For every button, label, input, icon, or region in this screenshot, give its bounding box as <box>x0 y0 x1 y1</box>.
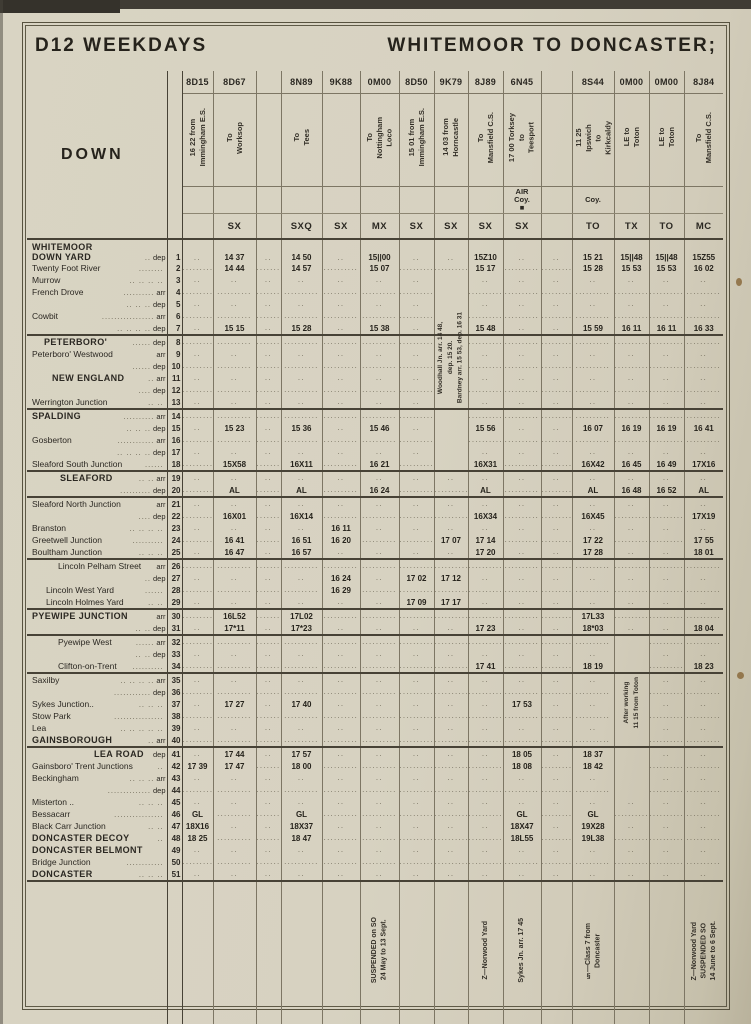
time-cell: 16 07 <box>572 422 614 434</box>
no-call-cell: .......... <box>360 832 399 844</box>
time-cell: 16 47 <box>213 546 256 559</box>
arr-dep-label: dep <box>153 300 167 309</box>
running-days-cell: SX <box>468 214 503 240</box>
no-call-cell: .......... <box>684 335 723 348</box>
time-cell: 15 36 <box>281 422 322 434</box>
no-call-cell: .......... <box>256 808 281 820</box>
leader-dots: .. .. <box>107 398 165 407</box>
no-call-cell: .. <box>281 772 322 784</box>
no-call-cell: .......... <box>213 784 256 796</box>
no-call-cell: .. <box>614 820 649 832</box>
no-call-cell: .. <box>614 497 649 510</box>
no-call-cell: .......... <box>399 484 434 497</box>
no-call-cell: .. <box>182 546 213 559</box>
station-cell: ..........dep <box>27 484 167 497</box>
time-cell: 15 59 <box>572 322 614 335</box>
no-call-cell: .. <box>360 796 399 808</box>
no-call-cell: .......... <box>399 760 434 772</box>
train-destination-label: To Mansfield C.S. <box>476 112 496 163</box>
station-cell: Sykes Junction.... .. .. <box>27 698 167 710</box>
station-cell: Gainsboro' Trent Junctions.. <box>27 760 167 772</box>
time-cell: 16L52 <box>213 609 256 622</box>
no-call-cell: .......... <box>256 710 281 722</box>
row-number: 10 <box>167 360 182 372</box>
no-call-cell: .. <box>649 673 684 686</box>
no-call-cell: .. <box>256 722 281 734</box>
no-call-cell: .......... <box>213 660 256 673</box>
no-call-cell: .......... <box>503 484 541 497</box>
no-call-cell: .. <box>503 772 541 784</box>
scan-edge-corner <box>0 0 120 13</box>
station-cell: SPALDING..........arr <box>27 409 167 422</box>
station-line: .. .. ..dep <box>32 424 167 433</box>
no-call-cell: .. <box>541 522 572 534</box>
no-call-cell: .......... <box>649 286 684 298</box>
no-call-cell: .. <box>468 348 503 360</box>
no-call-cell: .. <box>182 648 213 660</box>
train-destination-cell: 14 03 from Horncastle <box>434 94 468 187</box>
train-company-cell <box>281 187 322 214</box>
no-call-cell: .. <box>399 471 434 484</box>
no-call-cell: .. <box>572 673 614 686</box>
row-number: 36 <box>167 686 182 698</box>
woodhall-bardney-note: Woodhall Jn. arr. 14 48, dep. 15 20. Bar… <box>434 262 468 454</box>
no-call-cell: .......... <box>614 559 649 572</box>
arr-dep-label: dep <box>153 750 167 759</box>
table-row: Werrington Junction.. ..13..............… <box>27 396 723 409</box>
table-row: Bridge Junction............50...........… <box>27 856 723 868</box>
station-line: ..............dep <box>32 786 167 795</box>
table-row: Twenty Foot River........2..........14 4… <box>27 262 723 274</box>
no-call-cell: .. <box>360 868 399 881</box>
no-call-cell: .......... <box>614 510 649 522</box>
no-call-cell: .......... <box>684 310 723 322</box>
no-call-cell: .......... <box>434 856 468 868</box>
no-call-cell: .. <box>256 446 281 458</box>
no-call-cell: .. <box>322 239 360 262</box>
leader-dots: .. .. .. .. <box>66 524 165 533</box>
no-call-cell: .......... <box>399 609 434 622</box>
table-number-title: D12 WEEKDAYS <box>35 35 207 57</box>
no-call-cell: .......... <box>281 710 322 722</box>
no-call-cell: .......... <box>322 286 360 298</box>
leader-dots: .... <box>32 386 153 395</box>
footnote-cell <box>541 881 572 1024</box>
no-call-cell: .. <box>649 546 684 559</box>
no-call-cell: .. <box>572 348 614 360</box>
no-call-cell: .......... <box>322 808 360 820</box>
no-call-cell: .. <box>649 572 684 584</box>
time-cell: 17*23 <box>281 622 322 635</box>
station-name: Lincoln Holmes Yard <box>46 597 124 607</box>
no-call-cell: .. <box>182 747 213 760</box>
station-cell: Peterboro' Westwoodarr <box>27 348 167 360</box>
no-call-cell: .. <box>503 372 541 384</box>
leader-dots: .......... <box>102 536 166 545</box>
no-call-cell: .......... <box>281 784 322 796</box>
time-cell: 16 49 <box>649 458 684 471</box>
no-call-cell: .......... <box>614 286 649 298</box>
station-cell: Boultham Junction.. .. .. <box>27 546 167 559</box>
no-call-cell: .. <box>322 868 360 881</box>
no-call-cell: .. <box>434 747 468 760</box>
no-call-cell: .......... <box>213 286 256 298</box>
no-call-cell: .. <box>360 572 399 584</box>
station-name: Bridge Junction <box>32 857 91 867</box>
station-line: Misterton .... .. .. <box>32 797 167 807</box>
leader-dots: ............ <box>32 688 153 697</box>
no-call-cell: .. <box>322 322 360 335</box>
no-call-cell: .. <box>281 522 322 534</box>
row-number: 40 <box>167 734 182 747</box>
running-days-cell: SXQ <box>281 214 322 240</box>
no-call-cell: .. <box>684 796 723 808</box>
no-call-cell: .......... <box>399 534 434 546</box>
no-call-cell: .......... <box>684 734 723 747</box>
no-call-cell: .. <box>614 446 649 458</box>
table-row: Peterboro' Westwoodarr9.................… <box>27 348 723 360</box>
no-call-cell: .. <box>322 471 360 484</box>
no-call-cell: .......... <box>468 784 503 796</box>
station-name: NEW ENGLAND <box>52 373 124 383</box>
time-cell: 17 23 <box>468 622 503 635</box>
train-destination-cell: To Mansfield C.S. <box>684 94 723 187</box>
no-call-cell: .. <box>468 820 503 832</box>
station-cell: PYEWIPE JUNCTIONarr <box>27 609 167 622</box>
no-call-cell: .. <box>182 348 213 360</box>
station-line: DONCASTER BELMONT <box>32 845 167 855</box>
empty-cell <box>614 784 649 796</box>
no-call-cell: .. <box>213 471 256 484</box>
no-call-cell: .. <box>182 396 213 409</box>
train-company-cell <box>322 187 360 214</box>
no-call-cell: .......... <box>503 434 541 446</box>
station-cell: Saxilby.. .. .. ..arr <box>27 673 167 686</box>
no-call-cell: .. <box>541 648 572 660</box>
no-call-cell: .. <box>182 844 213 856</box>
arr-dep-label: dep <box>153 486 167 495</box>
train-code-cell: 8D50 <box>399 71 434 94</box>
train-destination-cell: 15 01 from Immingham E.S. <box>399 94 434 187</box>
no-call-cell: .......... <box>541 660 572 673</box>
no-call-cell: .......... <box>182 409 213 422</box>
no-call-cell: .......... <box>649 856 684 868</box>
table-row: Misterton .... .. ..45..................… <box>27 796 723 808</box>
no-call-cell: .......... <box>322 310 360 322</box>
arr-dep-label: arr <box>156 374 166 383</box>
row-number: 18 <box>167 458 182 471</box>
no-call-cell: .. <box>256 673 281 686</box>
no-call-cell: .......... <box>213 310 256 322</box>
row-number: 24 <box>167 534 182 546</box>
no-call-cell: .......... <box>541 458 572 471</box>
leader-dots: .. .. <box>32 624 153 633</box>
no-call-cell: .......... <box>256 384 281 396</box>
station-name: DONCASTER <box>32 869 93 879</box>
time-cell: AL <box>213 484 256 497</box>
station-cell: DONCASTER BELMONT <box>27 844 167 856</box>
station-cell: Stow Park................ <box>27 710 167 722</box>
no-call-cell: .......... <box>360 384 399 396</box>
no-call-cell: .. <box>614 348 649 360</box>
row-number: 4 <box>167 286 182 298</box>
no-call-cell: .. <box>468 522 503 534</box>
train-destination-cell: LE to Toton <box>649 94 684 187</box>
station-cell: French Drove..........arr <box>27 286 167 298</box>
no-call-cell: .. <box>281 596 322 609</box>
no-call-cell: .......... <box>434 660 468 673</box>
no-call-cell: .. <box>503 298 541 310</box>
station-name: Lincoln West Yard <box>46 585 114 595</box>
no-call-cell: .......... <box>503 335 541 348</box>
no-call-cell: .......... <box>256 458 281 471</box>
no-call-cell: .......... <box>541 856 572 868</box>
time-cell: 17 07 <box>434 534 468 546</box>
no-call-cell: .. <box>360 747 399 760</box>
no-call-cell: .......... <box>213 335 256 348</box>
time-cell: 14 57 <box>281 262 322 274</box>
no-call-cell: .. <box>503 572 541 584</box>
no-call-cell: .......... <box>503 458 541 471</box>
leader-dots: .. .. .. .. <box>32 324 153 333</box>
no-call-cell: .. <box>434 796 468 808</box>
station-name: Branston <box>32 523 66 533</box>
no-call-cell: .......... <box>572 384 614 396</box>
no-call-cell: .......... <box>360 434 399 446</box>
no-call-cell: .. <box>649 622 684 635</box>
station-cell: Black Carr Junction.. .. <box>27 820 167 832</box>
no-call-cell: .......... <box>541 584 572 596</box>
footnote-cell <box>256 881 281 1024</box>
no-call-cell: .......... <box>399 559 434 572</box>
no-call-cell: .......... <box>322 409 360 422</box>
running-days-cell: TX <box>614 214 649 240</box>
no-call-cell: .. <box>256 274 281 286</box>
no-call-cell: .......... <box>322 856 360 868</box>
no-call-cell: .......... <box>281 286 322 298</box>
no-call-cell: .......... <box>399 734 434 747</box>
arr-dep-label: arr <box>156 774 166 783</box>
no-call-cell: .......... <box>182 710 213 722</box>
station-line: ............dep <box>32 688 167 697</box>
no-call-cell: .......... <box>182 856 213 868</box>
no-call-cell: .......... <box>213 360 256 372</box>
no-call-cell: .. <box>322 596 360 609</box>
no-call-cell: .. <box>256 239 281 262</box>
row-number: 30 <box>167 609 182 622</box>
no-call-cell: .......... <box>399 434 434 446</box>
no-call-cell: .......... <box>281 335 322 348</box>
no-call-cell: .. <box>213 820 256 832</box>
time-cell: GL <box>281 808 322 820</box>
no-call-cell: .......... <box>541 808 572 820</box>
station-name: Lincoln Pelham Street <box>58 561 141 571</box>
no-call-cell: .. <box>322 772 360 784</box>
no-call-cell: .. <box>322 844 360 856</box>
no-call-cell: .......... <box>649 534 684 546</box>
no-call-cell: .. <box>399 522 434 534</box>
no-call-cell: .......... <box>572 856 614 868</box>
table-row: ..dep27........16 24..17 0217 12........… <box>27 572 723 584</box>
footnote-text: §—Class 7 from Doncaster <box>584 907 603 995</box>
no-call-cell: .. <box>541 596 572 609</box>
no-call-cell: .. <box>649 274 684 286</box>
no-call-cell: .......... <box>213 584 256 596</box>
no-call-cell: .......... <box>503 360 541 372</box>
time-cell: 16 21 <box>360 458 399 471</box>
no-call-cell: .......... <box>182 559 213 572</box>
no-call-cell: .. <box>213 274 256 286</box>
leader-dots: .. .. .. .. .. <box>46 724 165 733</box>
no-call-cell: .. <box>182 698 213 710</box>
footnote-cell <box>614 881 649 1024</box>
no-call-cell: .......... <box>360 609 399 622</box>
no-call-cell: .......... <box>434 609 468 622</box>
no-call-cell: .......... <box>468 760 503 772</box>
leader-dots: .. .. .. .. <box>32 448 153 457</box>
train-destination-label: 17 00 Torksey to Teesport <box>507 113 536 162</box>
table-row: WHITEMOORDOWN YARD..dep1..14 37..14 50..… <box>27 239 723 262</box>
no-call-cell: .......... <box>468 710 503 722</box>
no-call-cell: .. <box>360 348 399 360</box>
arr-dep-label: dep <box>153 362 167 371</box>
leader-dots: .. .. .. <box>32 300 153 309</box>
row-number: 28 <box>167 584 182 596</box>
no-call-cell: .. <box>213 446 256 458</box>
time-cell: 15 28 <box>572 262 614 274</box>
time-cell: 19X28 <box>572 820 614 832</box>
row-number: 27 <box>167 572 182 584</box>
no-call-cell: .. <box>649 497 684 510</box>
footnote-station-spacer <box>27 881 167 1024</box>
no-call-cell: .......... <box>503 286 541 298</box>
station-name: PETERBORO' <box>44 337 107 347</box>
no-call-cell: .......... <box>503 584 541 596</box>
time-cell: 17 14 <box>468 534 503 546</box>
time-cell: 15 23 <box>213 422 256 434</box>
table-row: Lincoln Pelham Streetarr26..............… <box>27 559 723 572</box>
no-call-cell: .. <box>541 820 572 832</box>
no-call-cell: .. <box>684 722 723 734</box>
no-call-cell: .......... <box>360 286 399 298</box>
no-call-cell: .......... <box>182 434 213 446</box>
no-call-cell: .. <box>360 372 399 384</box>
no-call-cell: .. <box>213 844 256 856</box>
time-cell: AL <box>572 484 614 497</box>
no-call-cell: .......... <box>399 458 434 471</box>
no-call-cell: .. <box>322 446 360 458</box>
footnote-cell <box>182 881 213 1024</box>
time-cell: 16X11 <box>281 458 322 471</box>
no-call-cell: .. <box>281 497 322 510</box>
station-line: NEW ENGLAND..arr <box>32 373 167 383</box>
time-cell: 18X47 <box>503 820 541 832</box>
time-cell: 17 41 <box>468 660 503 673</box>
row-number: 31 <box>167 622 182 635</box>
no-call-cell: .. <box>541 572 572 584</box>
time-cell: 19L38 <box>572 832 614 844</box>
table-row: Sleaford South Junction......18.........… <box>27 458 723 471</box>
station-cell: Greetwell Junction.......... <box>27 534 167 546</box>
station-line: Lincoln West Yard...... <box>32 585 167 595</box>
station-cell: LEA ROADdep <box>27 747 167 760</box>
no-call-cell: .. <box>572 596 614 609</box>
running-days-cell: MC <box>684 214 723 240</box>
no-call-cell: .. <box>434 722 468 734</box>
station-line: DOWN YARD..dep <box>32 252 167 262</box>
station-name: Gosberton <box>32 435 72 445</box>
no-call-cell: .. <box>614 522 649 534</box>
page-header: D12 WEEKDAYS WHITEMOOR TO DONCASTER; <box>35 35 717 57</box>
time-cell: 18 42 <box>572 760 614 772</box>
no-call-cell: .. <box>684 820 723 832</box>
station-cell: Lincoln West Yard...... <box>27 584 167 596</box>
no-call-cell: .......... <box>541 609 572 622</box>
no-call-cell: .......... <box>182 310 213 322</box>
station-name-line1: WHITEMOOR <box>32 242 167 252</box>
leader-dots: ...... <box>107 338 153 347</box>
time-cell: 16 33 <box>684 322 723 335</box>
no-call-cell: .. <box>434 471 468 484</box>
train-company-cell <box>649 187 684 214</box>
no-call-cell: .. <box>541 772 572 784</box>
no-call-cell: .......... <box>684 584 723 596</box>
time-cell: 15X58 <box>213 458 256 471</box>
arr-dep-label: dep <box>153 448 167 457</box>
time-cell: 15 53 <box>614 262 649 274</box>
no-call-cell: .......... <box>572 310 614 322</box>
no-call-cell: .. <box>281 372 322 384</box>
no-call-cell: .. <box>256 796 281 808</box>
leader-dots: .......... <box>32 486 153 495</box>
no-call-cell: .. <box>468 572 503 584</box>
no-call-cell: .. <box>322 372 360 384</box>
row-number: 5 <box>167 298 182 310</box>
arr-dep-label: dep <box>153 688 167 697</box>
no-call-cell: .. <box>572 868 614 881</box>
time-cell: 16 48 <box>614 484 649 497</box>
train-destination-cell: LE to Toton <box>614 94 649 187</box>
no-call-cell: .......... <box>649 784 684 796</box>
time-cell: 16 45 <box>614 458 649 471</box>
no-call-cell: .. <box>572 522 614 534</box>
no-call-cell: .. <box>649 772 684 784</box>
no-call-cell: .. <box>434 239 468 262</box>
time-cell: 15||00 <box>360 239 399 262</box>
no-call-cell: .......... <box>213 856 256 868</box>
arr-dep-label: arr <box>156 474 166 483</box>
no-call-cell: .......... <box>503 534 541 546</box>
time-cell: 16X31 <box>468 458 503 471</box>
row-number: 22 <box>167 510 182 522</box>
no-call-cell: .......... <box>281 734 322 747</box>
no-call-cell: .......... <box>503 635 541 648</box>
no-call-cell: .......... <box>541 409 572 422</box>
no-call-cell: .. <box>399 722 434 734</box>
no-call-cell: .......... <box>503 856 541 868</box>
time-cell: 17*11 <box>213 622 256 635</box>
no-call-cell: .......... <box>399 635 434 648</box>
no-call-cell: .......... <box>649 832 684 844</box>
arr-dep-label: dep <box>153 574 167 583</box>
time-cell: GL <box>182 808 213 820</box>
no-call-cell: .. <box>360 844 399 856</box>
no-call-cell: .. <box>360 648 399 660</box>
station-name: Lea <box>32 723 46 733</box>
after-working-toton-note: After working 11 15 from Toton <box>614 626 649 780</box>
station-line: Murrow.. .. .. .. <box>32 275 167 285</box>
no-call-cell: .......... <box>213 832 256 844</box>
